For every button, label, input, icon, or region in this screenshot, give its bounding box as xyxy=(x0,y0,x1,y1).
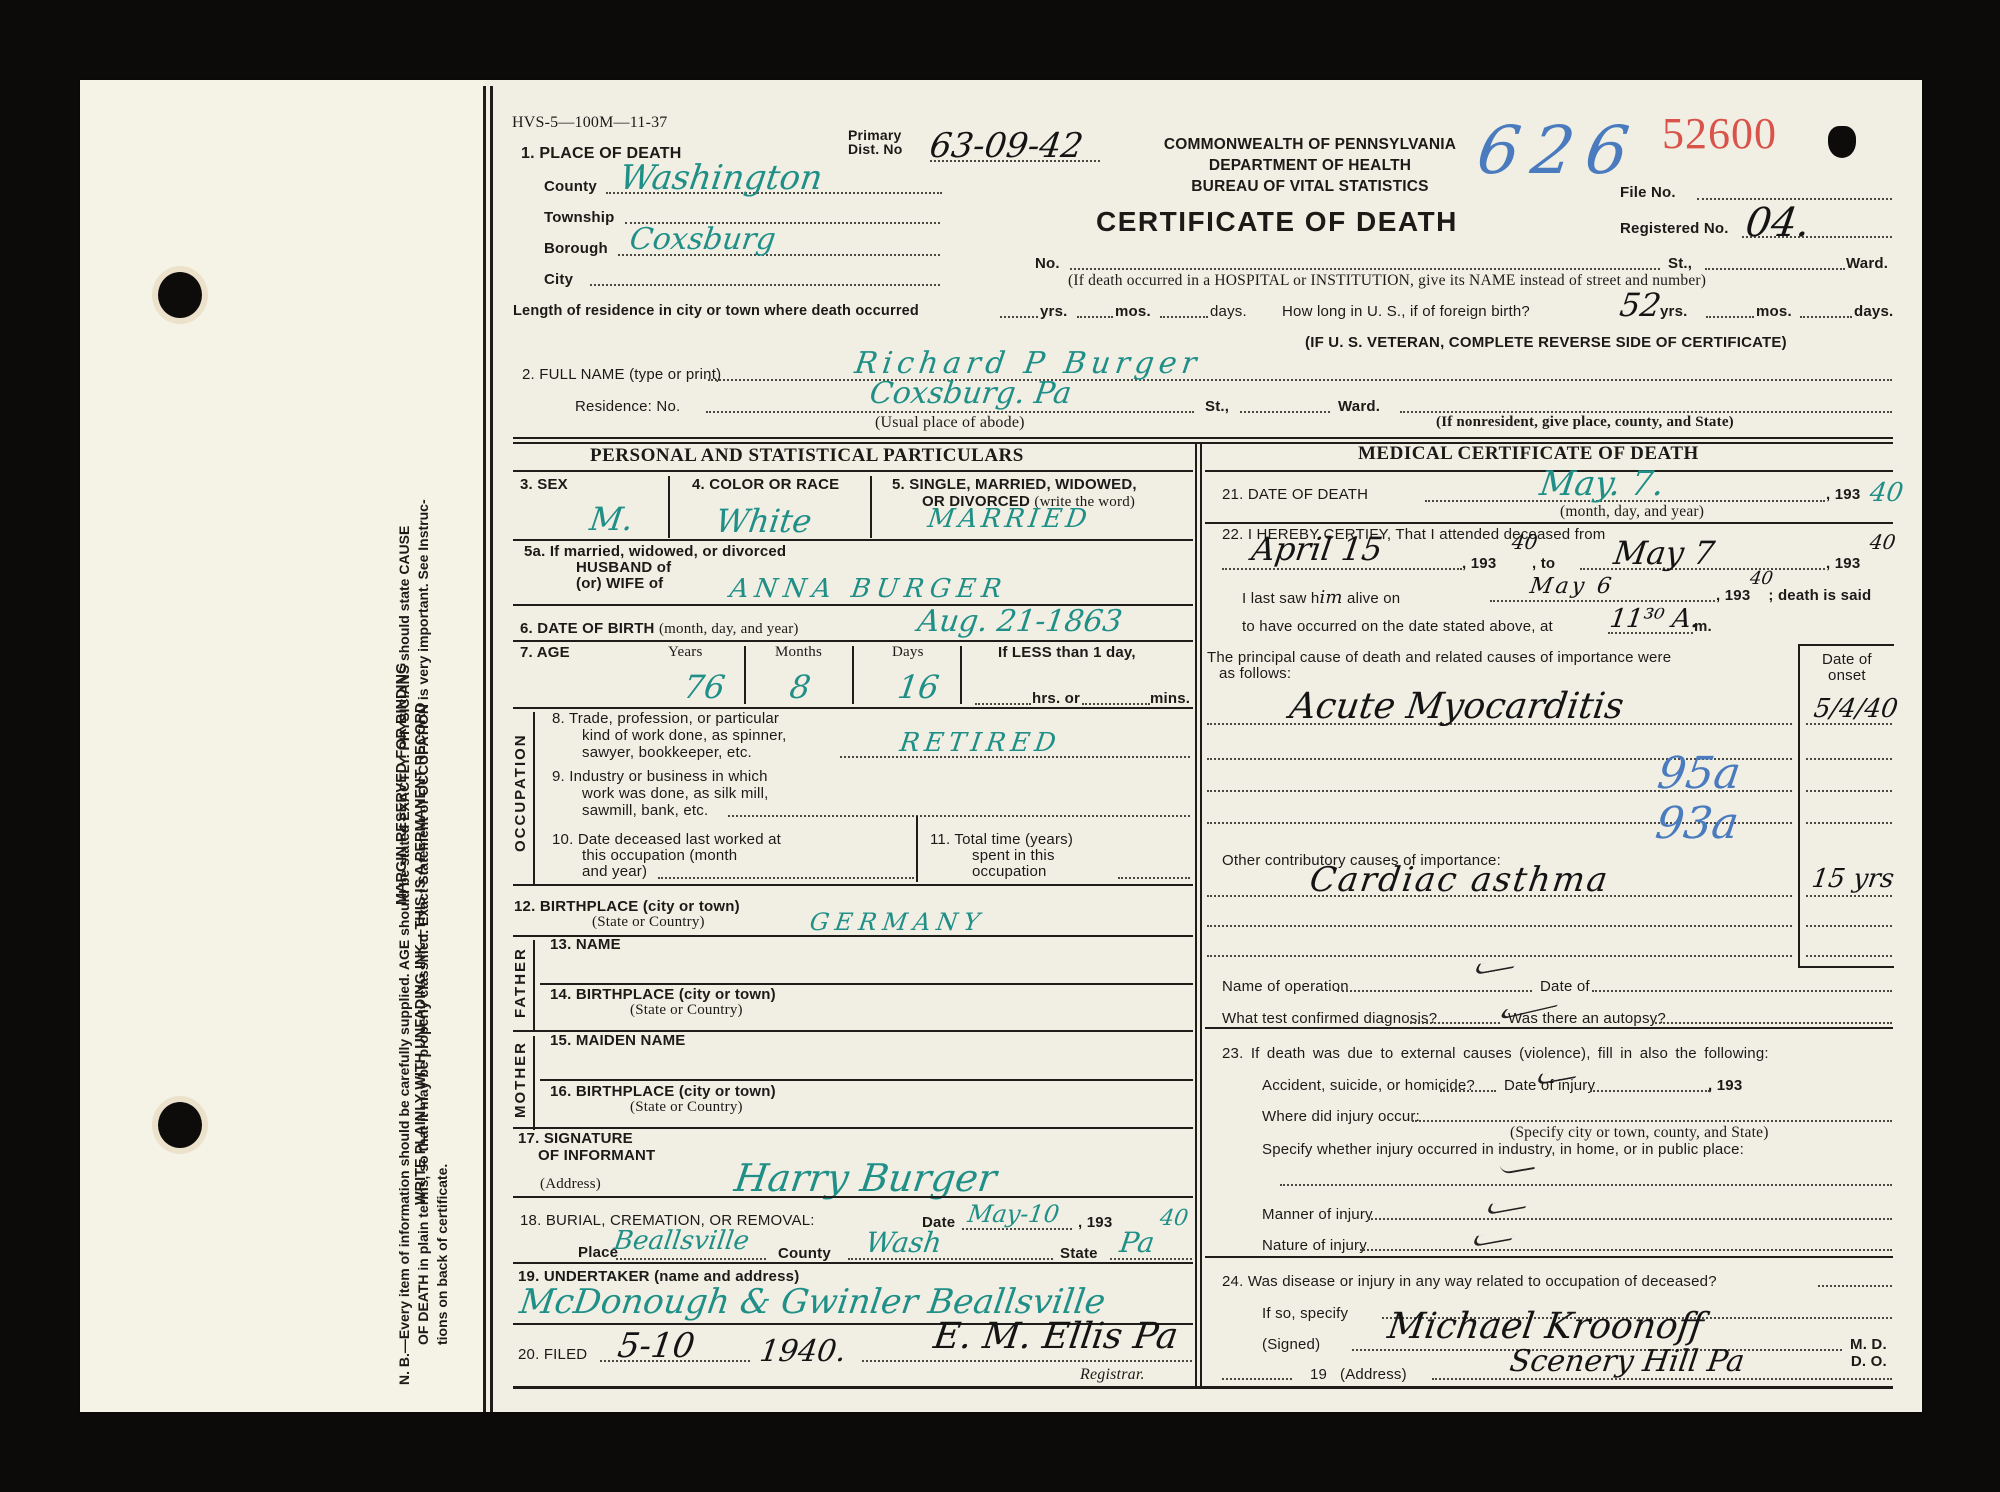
county-label: County xyxy=(544,178,597,195)
mother-birthplace-label: 16. BIRTHPLACE (city or town) xyxy=(550,1083,776,1100)
age-mins-field[interactable] xyxy=(1082,703,1150,705)
yrs-label: yrs. xyxy=(1040,303,1068,320)
informant-address-label: (Address) xyxy=(540,1176,601,1193)
dob-note: (month, day, and year) xyxy=(659,621,799,637)
burial-date-value: May-10 xyxy=(966,1200,1061,1228)
birthplace-label: 12. BIRTHPLACE (city or town) xyxy=(514,898,740,915)
onset-column-top xyxy=(1798,644,1894,646)
registered-no-value: 04. xyxy=(1743,200,1813,246)
hrs-or-label: hrs. or xyxy=(1032,690,1080,707)
filed-date-value: 5-10 xyxy=(615,1326,697,1366)
onset-column-bottom xyxy=(1798,966,1894,968)
rule-after-mother-name xyxy=(540,1079,1193,1081)
onset-line-4[interactable] xyxy=(1806,822,1892,824)
full-name-label: 2. FULL NAME (type or print) xyxy=(522,366,721,383)
last-worked-2: this occupation (month xyxy=(552,848,781,864)
file-no-label: File No. xyxy=(1620,184,1676,201)
spouse-label-1: 5a. If married, widowed, or divorced xyxy=(524,544,786,560)
registrar-field[interactable] xyxy=(862,1360,1192,1362)
test-field[interactable] xyxy=(1410,1022,1500,1024)
foreign-birth-label: How long in U. S., if of foreign birth? xyxy=(1282,303,1530,320)
onset-header: Date of onset xyxy=(1822,652,1872,684)
trade-label: 8. Trade, profession, or particular kind… xyxy=(552,710,786,761)
code-93a: 93a xyxy=(1652,798,1741,849)
autopsy-field[interactable] xyxy=(1652,1022,1892,1024)
township-label: Township xyxy=(544,209,614,226)
last-saw-year-value: 40 xyxy=(1749,568,1775,589)
last-saw-text: I last saw h xyxy=(1242,590,1319,607)
last-worked-1: 10. Date deceased last worked at xyxy=(552,832,781,848)
burial-year-prefix: 193 xyxy=(1087,1214,1113,1231)
cause-intro: The principal cause of death and related… xyxy=(1207,650,1671,682)
write-plainly-text: WRITE PLAINLY WITH UNFADING INK—THIS IS … xyxy=(412,145,431,1385)
race-marital-divider xyxy=(870,476,872,538)
age-divider-2 xyxy=(852,646,854,704)
ward-field[interactable] xyxy=(1705,268,1845,270)
marital-label-1: 5. SINGLE, MARRIED, WIDOWED, xyxy=(892,476,1137,493)
cause-intro-1: The principal cause of death and related… xyxy=(1207,650,1671,666)
days-label: days. xyxy=(1210,303,1247,320)
rule-after-nature xyxy=(1205,1256,1893,1258)
form-code: HVS-5—100M—11-37 xyxy=(512,114,668,132)
abode-note: (Usual place of abode) xyxy=(875,414,1025,432)
primary-cause-value: Acute Myocarditis xyxy=(1287,686,1626,727)
county-value: Washington xyxy=(617,158,825,198)
industry-label-2: work was done, as silk mill, xyxy=(552,785,769,802)
rule-after-sex xyxy=(513,539,1193,541)
rule-after-autopsy xyxy=(1205,1027,1893,1029)
foreign-months-field[interactable] xyxy=(1706,316,1754,318)
last-saw-label: I last saw him alive on xyxy=(1242,587,1400,608)
manner-label: Manner of injury xyxy=(1262,1206,1373,1223)
last-worked-field[interactable] xyxy=(658,877,914,879)
onset-line-3[interactable] xyxy=(1806,790,1892,792)
residence-years-field[interactable] xyxy=(1000,316,1038,318)
other-onset-value: 15 yrs xyxy=(1810,864,1896,894)
race-value: White xyxy=(713,502,814,540)
race-label: 4. COLOR OR RACE xyxy=(692,476,839,493)
onset-label-1: Date of xyxy=(1822,652,1872,668)
age-months-label: Months xyxy=(775,644,822,661)
mos-label: mos. xyxy=(1115,303,1151,320)
onset-label-2: onset xyxy=(1822,668,1872,684)
last-saw-year: , 193; death is said xyxy=(1716,587,1871,604)
injury-year: , 193 xyxy=(1708,1077,1742,1094)
residence-label: Residence: No. xyxy=(575,398,680,415)
dod-label: 21. DATE OF DEATH xyxy=(1222,486,1368,503)
primary-onset-value: 5/4/40 xyxy=(1812,694,1900,724)
age-hours-field[interactable] xyxy=(975,703,1031,705)
trade-label-3: sawyer, bookkeeper, etc. xyxy=(552,744,786,761)
occupation-side-label: OCCUPATION xyxy=(512,733,529,852)
md-do-label: M. D. D. O. xyxy=(1850,1336,1887,1370)
margin-reserved: MARGIN RESERVED FOR BINDING xyxy=(393,145,412,1385)
attended-to-year-prefix: , 193 xyxy=(1826,555,1860,572)
attended-from-field[interactable] xyxy=(1222,568,1462,570)
rule-after-informant xyxy=(513,1196,1193,1198)
dod-year-suffix: 40 xyxy=(1868,478,1905,508)
residence-days-field[interactable] xyxy=(1160,316,1208,318)
registrar-label: Registrar. xyxy=(1080,1366,1145,1384)
registered-no-label: Registered No. xyxy=(1620,220,1729,237)
punch-hole-bottom xyxy=(158,1102,202,1148)
burial-county-label: County xyxy=(778,1245,831,1262)
accident-field[interactable] xyxy=(1440,1090,1496,1092)
residence-st-label: St., xyxy=(1205,398,1229,415)
burial-state-value: Pa xyxy=(1118,1226,1157,1259)
margin-write-plainly: WRITE PLAINLY WITH UNFADING INK—THIS IS … xyxy=(412,145,431,1385)
st-label: St., xyxy=(1668,255,1692,272)
sex-race-divider xyxy=(668,476,670,538)
foreign-years-value: 52 xyxy=(1617,286,1663,324)
burial-place-field[interactable] xyxy=(616,1258,766,1260)
street-field[interactable] xyxy=(1070,268,1660,270)
personal-header-rule xyxy=(513,470,1193,472)
other-onset-line-2[interactable] xyxy=(1806,925,1892,927)
age-years-value: 76 xyxy=(681,668,727,706)
occupation-time-divider xyxy=(916,816,918,882)
age-days-label: Days xyxy=(892,644,924,661)
residence-value: Coxsburg. Pa xyxy=(868,376,1074,411)
registrar-signature: E. M. Ellis Pa xyxy=(931,1316,1180,1357)
industry-label-1: 9. Industry or business in which xyxy=(552,768,769,785)
time-of-death-value: 11³⁰ A. xyxy=(1608,604,1701,634)
where-field[interactable] xyxy=(1412,1120,1892,1122)
stamp-number: 52600 xyxy=(1662,108,1777,159)
residence-ward-label: Ward. xyxy=(1338,398,1380,415)
mother-bracket xyxy=(533,1036,535,1130)
last-worked-label: 10. Date deceased last worked at this oc… xyxy=(552,832,781,880)
dob-label-text: 6. DATE OF BIRTH xyxy=(520,620,655,637)
mother-birthplace-note: (State or Country) xyxy=(630,1099,743,1116)
total-time-field[interactable] xyxy=(1118,877,1190,879)
total-time-1: 11. Total time (years) xyxy=(930,832,1073,848)
sex-label: 3. SEX xyxy=(520,476,568,493)
do-label: D. O. xyxy=(1850,1353,1887,1370)
mother-name-label: 15. MAIDEN NAME xyxy=(550,1032,686,1049)
mins-label: mins. xyxy=(1150,690,1190,707)
city-label: City xyxy=(544,271,573,288)
rule-after-burial xyxy=(513,1262,1193,1264)
burial-year: , 193 xyxy=(1078,1214,1112,1231)
bottom-rule xyxy=(513,1386,1893,1389)
birthplace-note: (State or Country) xyxy=(592,914,705,931)
where-note: (Specify city or town, county, and State… xyxy=(1510,1124,1769,1142)
punch-hole-right xyxy=(1828,126,1856,158)
attended-to-label: , to xyxy=(1532,555,1555,572)
father-birthplace-label: 14. BIRTHPLACE (city or town) xyxy=(550,986,776,1003)
medical-section-title: MEDICAL CERTIFICATE OF DEATH xyxy=(1358,443,1699,465)
specify-place-label: Specify whether injury occurred in indus… xyxy=(1262,1141,1744,1158)
handwritten-626: 626 xyxy=(1473,112,1646,189)
father-side-label: FATHER xyxy=(512,947,529,1018)
burial-place-value: Beallsville xyxy=(612,1226,751,1256)
sex-value: M. xyxy=(587,500,635,538)
rule-after-dod xyxy=(1205,522,1893,524)
birthplace-label-text: 12. BIRTHPLACE (city or town) xyxy=(514,898,740,915)
trade-label-1: 8. Trade, profession, or particular xyxy=(552,710,786,727)
foreign-yrs-label: yrs. xyxy=(1660,303,1688,320)
residence-field[interactable] xyxy=(706,411,1194,413)
manner-field[interactable] xyxy=(1368,1218,1892,1220)
operation-date-field[interactable] xyxy=(1592,990,1892,992)
if-so-label: If so, specify xyxy=(1262,1305,1348,1322)
physician-address-value: Scenery Hill Pa xyxy=(1508,1344,1747,1379)
age-label: 7. AGE xyxy=(520,644,570,661)
injury-date-field[interactable] xyxy=(1590,1090,1710,1092)
birthplace-value: GERMANY xyxy=(808,908,987,936)
onset-line-2[interactable] xyxy=(1806,758,1892,760)
father-birthplace-text: 14. BIRTHPLACE (city or town) xyxy=(550,986,776,1003)
occurred-label: to have occurred on the date stated abov… xyxy=(1242,618,1553,635)
street-no-label: No. xyxy=(1035,255,1060,272)
dod-year-prefix: 193 xyxy=(1835,486,1861,503)
dod-note: (month, day, and year) xyxy=(1560,503,1704,521)
rule-after-father-name xyxy=(540,983,1193,985)
hospital-note: (If death occurred in a HOSPITAL or INST… xyxy=(1068,272,1706,290)
rule-after-mother xyxy=(513,1127,1193,1129)
veteran-note: (IF U. S. VETERAN, COMPLETE REVERSE SIDE… xyxy=(1305,334,1787,351)
signed-label: (Signed) xyxy=(1262,1336,1320,1353)
nonresident-field[interactable] xyxy=(1400,411,1892,413)
occupation-related-field[interactable] xyxy=(1818,1285,1892,1287)
nineteen-label: 19 xyxy=(1310,1366,1327,1383)
foreign-mos-label: mos. xyxy=(1756,303,1792,320)
total-time-3: occupation xyxy=(930,864,1073,880)
occupation-related-label: 24. Was disease or injury in any way rel… xyxy=(1222,1273,1717,1290)
residence-length-label: Length of residence in city or town wher… xyxy=(513,303,919,319)
trade-value: RETIRED xyxy=(898,728,1063,758)
margin-reserved-text: MARGIN RESERVED FOR BINDING xyxy=(393,145,412,1385)
other-cause-line-2[interactable] xyxy=(1207,925,1792,927)
spouse-value: ANNA BURGER xyxy=(728,574,1009,604)
personal-section-title: PERSONAL AND STATISTICAL PARTICULARS xyxy=(590,445,1024,467)
attended-from-year-prefix: , 193 xyxy=(1462,555,1496,572)
nature-field[interactable] xyxy=(1360,1249,1892,1251)
death-said-text: ; death is said xyxy=(1768,587,1871,604)
rule-after-occupation xyxy=(513,884,1193,886)
informant-label: 17. SIGNATURE OF INFORMANT xyxy=(518,1130,655,1164)
marital-value: MARRIED xyxy=(926,504,1093,534)
page-title: CERTIFICATE OF DEATH xyxy=(1096,206,1458,238)
onset-column-divider xyxy=(1798,644,1800,966)
cause-intro-2: as follows: xyxy=(1207,666,1671,682)
other-onset-line-1[interactable] xyxy=(1806,895,1892,897)
divider-double-1 xyxy=(513,437,1893,439)
column-divider-2 xyxy=(1200,444,1202,1388)
burial-state-label: State xyxy=(1060,1245,1098,1262)
org-line-2: DEPARTMENT OF HEALTH xyxy=(1140,155,1480,176)
column-divider-1 xyxy=(1195,444,1197,1388)
org-block: COMMONWEALTH OF PENNSYLVANIA DEPARTMENT … xyxy=(1140,134,1480,197)
binding-rule-2 xyxy=(490,86,493,1412)
last-saw-pronoun: im xyxy=(1319,587,1342,608)
age-divider-1 xyxy=(744,646,746,704)
age-years-label: Years xyxy=(668,644,702,661)
attended-to-year: 40 xyxy=(1868,530,1897,554)
other-onset-line-3[interactable] xyxy=(1806,955,1892,957)
other-cause-line-3[interactable] xyxy=(1207,955,1792,957)
punch-hole-top xyxy=(158,272,202,318)
primary-dist-value: 63-09-42 xyxy=(927,126,1085,166)
external-causes-label: 23. If death was due to external causes … xyxy=(1222,1045,1769,1062)
attended-from-value: April 15 xyxy=(1249,530,1385,568)
informant-label-1: 17. SIGNATURE xyxy=(518,1130,655,1147)
attended-to-value: May 7 xyxy=(1611,534,1717,572)
age-days-value: 16 xyxy=(895,668,941,706)
burial-year-suffix: 40 xyxy=(1158,1206,1190,1231)
industry-field[interactable] xyxy=(728,815,1190,817)
mother-side-label: MOTHER xyxy=(512,1041,529,1118)
city-field[interactable] xyxy=(590,284,940,286)
total-time-2: spent in this xyxy=(930,848,1073,864)
last-saw-value: May 6 xyxy=(1528,574,1616,599)
binding-rule-1 xyxy=(483,86,486,1412)
informant-label-2: OF INFORMANT xyxy=(518,1147,655,1164)
industry-label: 9. Industry or business in which work wa… xyxy=(552,768,769,819)
attended-from-year: 40 xyxy=(1510,530,1539,554)
residence-ward-field[interactable] xyxy=(1240,411,1330,413)
physician-address-label: (Address) xyxy=(1340,1366,1407,1383)
where-label: Where did injury occur: xyxy=(1262,1108,1420,1125)
last-saw-field[interactable] xyxy=(1490,600,1715,602)
operation-field[interactable] xyxy=(1337,990,1532,992)
md-label: M. D. xyxy=(1850,1336,1887,1353)
operation-date-label: Date of xyxy=(1540,978,1590,995)
occupation-bracket xyxy=(533,712,535,884)
age-divider-3 xyxy=(960,646,962,704)
test-label: What test confirmed diagnosis? xyxy=(1222,1010,1437,1027)
dod-year: , 193 xyxy=(1826,486,1860,503)
dod-value: May. 7. xyxy=(1537,464,1666,504)
full-name-label-text: 2. FULL NAME (type or print) xyxy=(522,366,721,383)
autopsy-label: Was there an autopsy? xyxy=(1508,1010,1666,1027)
rule-after-dob xyxy=(513,640,1193,642)
injury-date-label: Date of injury xyxy=(1504,1077,1595,1094)
burial-county-value: Wash xyxy=(864,1226,944,1259)
specify-place-field[interactable] xyxy=(1280,1184,1892,1186)
alive-on-text: alive on xyxy=(1347,590,1400,607)
other-cause-value: Cardiac asthma xyxy=(1307,860,1612,900)
informant-signature: Harry Burger xyxy=(732,1156,999,1200)
rule-after-age xyxy=(513,707,1193,709)
ward-label: Ward. xyxy=(1846,255,1888,272)
code-95a: 95a xyxy=(1654,748,1743,799)
physician-signature: Michael Kroonoff xyxy=(1385,1306,1706,1347)
borough-value: Coxsburg xyxy=(628,222,778,257)
margin-nb-line-3: tions on back of certificate. xyxy=(433,145,452,1385)
dob-value: Aug. 21-1863 xyxy=(916,604,1125,639)
burial-date-field[interactable] xyxy=(962,1228,1072,1230)
primary-dist-label: Primary Dist. No xyxy=(848,128,903,156)
filed-label: 20. FILED xyxy=(518,1346,587,1363)
less-than-day-label: If LESS than 1 day, xyxy=(998,644,1136,661)
father-name-label: 13. NAME xyxy=(550,936,621,953)
filed-year-value: 1940. xyxy=(758,1334,849,1369)
dist-no-label: Dist. No xyxy=(848,142,903,156)
trade-label-2: kind of work done, as spinner, xyxy=(552,727,786,744)
operation-label: Name of operation xyxy=(1222,978,1349,995)
date-signed-field[interactable] xyxy=(1222,1378,1292,1380)
borough-label: Borough xyxy=(544,240,608,257)
primary-label: Primary xyxy=(848,128,903,142)
foreign-days-field[interactable] xyxy=(1800,316,1852,318)
mother-birthplace-text: 16. BIRTHPLACE (city or town) xyxy=(550,1083,776,1100)
dob-label: 6. DATE OF BIRTH (month, day, and year) xyxy=(520,620,799,638)
foreign-days-label: days. xyxy=(1854,303,1893,320)
father-birthplace-note: (State or Country) xyxy=(630,1002,743,1019)
org-line-3: BUREAU OF VITAL STATISTICS xyxy=(1140,176,1480,197)
nonresident-note: (If nonresident, give place, county, and… xyxy=(1436,414,1734,431)
org-line-1: COMMONWEALTH OF PENNSYLVANIA xyxy=(1140,134,1480,155)
total-time-label: 11. Total time (years) spent in this occ… xyxy=(930,832,1073,880)
residence-months-field[interactable] xyxy=(1077,316,1113,318)
time-suffix: m. xyxy=(1694,618,1712,635)
father-bracket xyxy=(533,940,535,1032)
nature-label: Nature of injury xyxy=(1262,1237,1367,1254)
